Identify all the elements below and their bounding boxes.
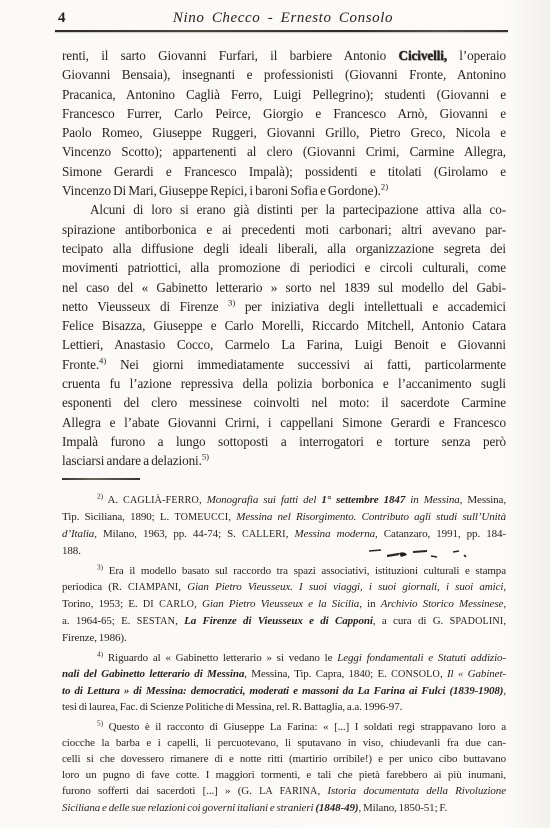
text-line: nel caso del « Gabinetto letterario » so… bbox=[62, 278, 506, 297]
page-header: 4 Nino Checco - Ernesto Consolo bbox=[58, 10, 508, 30]
text-line: furono sofferti dai sacerdoti [...] » (G… bbox=[62, 783, 506, 800]
text-line: Giovanni Bensaia), insegnanti e professi… bbox=[62, 65, 506, 84]
text-line: 2) A. CAGLIÀ-FERRO, Monografia sui fatti… bbox=[62, 492, 506, 509]
text-line: d’Italia, Milano, 1963, pp. 44-74; S. CA… bbox=[62, 526, 506, 543]
footnote-2: 2) A. CAGLIÀ-FERRO, Monografia sui fatti… bbox=[62, 492, 506, 559]
text-line: Simone Gerardi e Francesco Impalà); poss… bbox=[62, 162, 506, 181]
text-line: celli si che dovessero rimanere dì e not… bbox=[62, 751, 506, 767]
text-line: Allegra e l’abate Giovanni Crirni, i cap… bbox=[62, 413, 506, 432]
text-line: Alcuni di loro si erano già distinti per… bbox=[62, 200, 506, 219]
paragraph-continued: renti, il sarto Giovanni Furfari, il bar… bbox=[62, 46, 506, 200]
book-page: 4 Nino Checco - Ernesto Consolo renti, i… bbox=[0, 0, 550, 828]
footnote-4: 4) Riguardo al « Gabinetto letterario » … bbox=[62, 650, 506, 715]
text-line: netto Vieusseux di Firenze 3) per inizia… bbox=[62, 297, 506, 316]
text-line: esponenti del clero messinese coinvolti … bbox=[62, 393, 506, 412]
text-line: Firenze, 1986). bbox=[62, 630, 506, 646]
body-text: renti, il sarto Giovanni Furfari, il bar… bbox=[62, 46, 506, 471]
footnotes: 2) A. CAGLIÀ-FERRO, Monografia sui fatti… bbox=[62, 492, 506, 816]
text-line: spirazione antiborbonica e ai precedenti… bbox=[62, 220, 506, 239]
text-line: periodica (R. CIAMPANI, Gian Pietro Vieu… bbox=[62, 579, 506, 596]
text-line: Lettieri, Anastasio Cocco, Carmelo La Fa… bbox=[62, 335, 506, 354]
text-line: 4) Riguardo al « Gabinetto letterario » … bbox=[62, 650, 506, 666]
text-line: Siciliana e delle sue relazioni coi gove… bbox=[62, 800, 506, 816]
text-line: Paolo Romeo, Giuseppe Ruggeri, Giovanni … bbox=[62, 123, 506, 142]
text-line: 5) Questo è il racconto di Giuseppe La F… bbox=[62, 719, 506, 735]
text-line: movimenti patriottici, alla promozione d… bbox=[62, 258, 506, 277]
text-line: a. 1964-65; E. SESTAN, La Firenze di Vie… bbox=[62, 613, 506, 630]
text-line: renti, il sarto Giovanni Furfari, il bar… bbox=[62, 46, 506, 65]
text-line: Fronte.4) Nei giorni immediatamente succ… bbox=[62, 355, 506, 374]
text-line: Pracanica, Antonino Caglià Ferro, Luigi … bbox=[62, 85, 506, 104]
text-line: loro un pugno di fave cotte. I maggiori … bbox=[62, 767, 506, 783]
text-line: to di Lettura » di Messina: democratici,… bbox=[62, 683, 506, 699]
text-line: Impalà furono a lungo sottoposti a inter… bbox=[62, 432, 506, 451]
running-title: Nino Checco - Ernesto Consolo bbox=[58, 10, 508, 27]
text-line: ciocche la barba e i capelli, li percuot… bbox=[62, 735, 506, 751]
paragraph-new: Alcuni di loro si erano già distinti per… bbox=[62, 200, 506, 470]
text-line: tecipato alla diffusione degli ideali li… bbox=[62, 239, 506, 258]
text-line: Felice Bisazza, Giuseppe e Carlo Morelli… bbox=[62, 316, 506, 335]
text-line: lasciarsi andare a delazioni.5) bbox=[62, 451, 506, 470]
footnote-separator bbox=[62, 478, 140, 480]
footnote-3: 3) Era il modello basato sul raccordo tr… bbox=[62, 563, 506, 646]
footnote-5: 5) Questo è il racconto di Giuseppe La F… bbox=[62, 719, 506, 816]
text-line: Vincenzo Di Mari, Giuseppe Repici, i bar… bbox=[62, 181, 506, 200]
text-line: nali del Gabinetto letterario di Messina… bbox=[62, 666, 506, 683]
text-line: tesi di laurea, Fac. di Scienze Politich… bbox=[62, 699, 506, 715]
text-line: 188. bbox=[62, 543, 506, 559]
text-line: cruenta fu l’azione repressiva della pol… bbox=[62, 374, 506, 393]
header-rule bbox=[55, 30, 508, 32]
text-line: 3) Era il modello basato sul raccordo tr… bbox=[62, 563, 506, 579]
text-line: Tip. Siciliana, 1890; L. TOMEUCCI, Messi… bbox=[62, 509, 506, 526]
text-line: Francesco Furrer, Carlo Peirce, Giorgio … bbox=[62, 104, 506, 123]
text-line: Vincenzo Scotto); appartenenti al clero … bbox=[62, 142, 506, 161]
text-line: Torino, 1953; E. DI CARLO, Gian Pietro V… bbox=[62, 596, 506, 613]
